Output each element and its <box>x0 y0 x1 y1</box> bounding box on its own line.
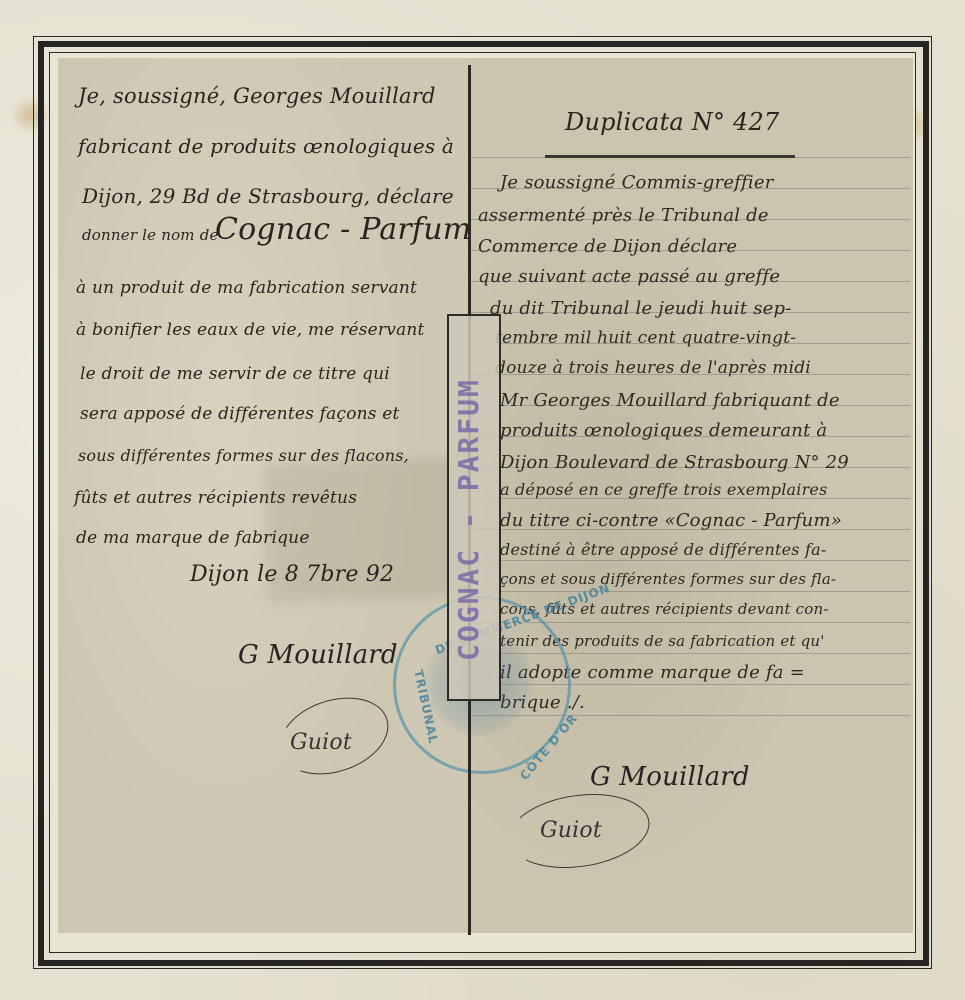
left-line: donner le nom de <box>82 226 219 244</box>
right-line: produits œnologiques demeurant à <box>500 420 827 441</box>
right-line: destiné à être apposé de différentes fa- <box>500 540 826 559</box>
right-line: du titre ci-contre «Cognac - Parfum» <box>500 510 842 531</box>
right-line: que suivant acte passé au greffe <box>478 266 780 287</box>
left-line: à bonifier les eaux de vie, me réservant <box>76 320 425 340</box>
title-underline <box>545 155 795 158</box>
duplicata-title: Duplicata N° 427 <box>565 108 779 136</box>
right-line: douze à trois heures de l'après midi <box>495 358 811 378</box>
signature-mouillard: G Mouillard <box>238 640 398 670</box>
signature-mouillard-right: G Mouillard <box>590 762 750 792</box>
left-line: fûts et autres récipients revêtus <box>74 488 357 508</box>
left-line: sera apposé de différentes façons et <box>80 404 400 424</box>
right-line: çons et sous différentes formes sur des … <box>500 570 836 588</box>
date-line: Dijon le 8 7bre 92 <box>190 562 394 587</box>
right-line: Commerce de Dijon déclare <box>478 236 737 257</box>
brand-name: Cognac - Parfum <box>215 212 471 247</box>
left-line: de ma marque de fabrique <box>76 528 310 548</box>
right-line: a déposé en ce greffe trois exemplaires <box>500 480 828 499</box>
left-line: Je, soussigné, Georges Mouillard <box>78 84 436 108</box>
right-line: du dit Tribunal le jeudi huit sep- <box>490 298 792 319</box>
stamp-label-text: COGNAC - PARFUM <box>452 360 492 680</box>
left-line: le droit de me servir de ce titre qui <box>80 364 390 384</box>
signature-guiot: Guiot <box>290 730 352 755</box>
signature-guiot-right: Guiot <box>540 818 602 843</box>
right-line: Dijon Boulevard de Strasbourg N° 29 <box>500 452 849 473</box>
right-line: tembre mil huit cent quatre-vingt- <box>495 328 796 348</box>
right-line: assermenté près le Tribunal de <box>478 205 769 226</box>
right-line: Mr Georges Mouillard fabriquant de <box>500 390 840 411</box>
left-line: Dijon, 29 Bd de Strasbourg, déclare <box>82 184 454 208</box>
left-line: sous différentes formes sur des flacons, <box>78 446 409 465</box>
left-line: fabricant de produits œnologiques à <box>78 134 454 158</box>
left-line: à un produit de ma fabrication servant <box>76 278 417 298</box>
right-line: Je soussigné Commis-greffier <box>500 172 774 193</box>
